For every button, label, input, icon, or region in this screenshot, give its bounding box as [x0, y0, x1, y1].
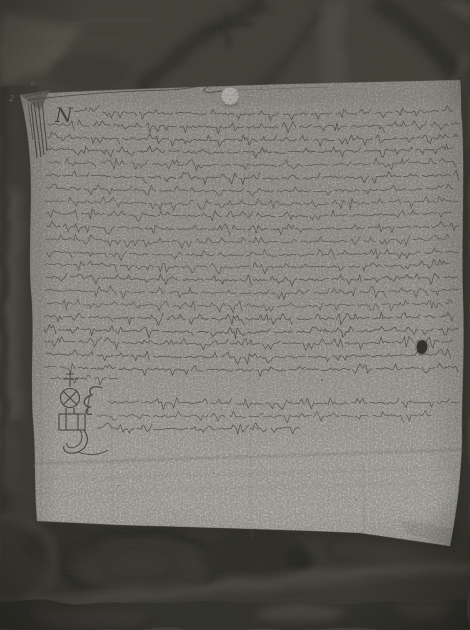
vignette: [0, 0, 470, 630]
photo-canvas: 2o: [0, 0, 470, 630]
manuscript-photograph: 2o: [0, 0, 470, 630]
